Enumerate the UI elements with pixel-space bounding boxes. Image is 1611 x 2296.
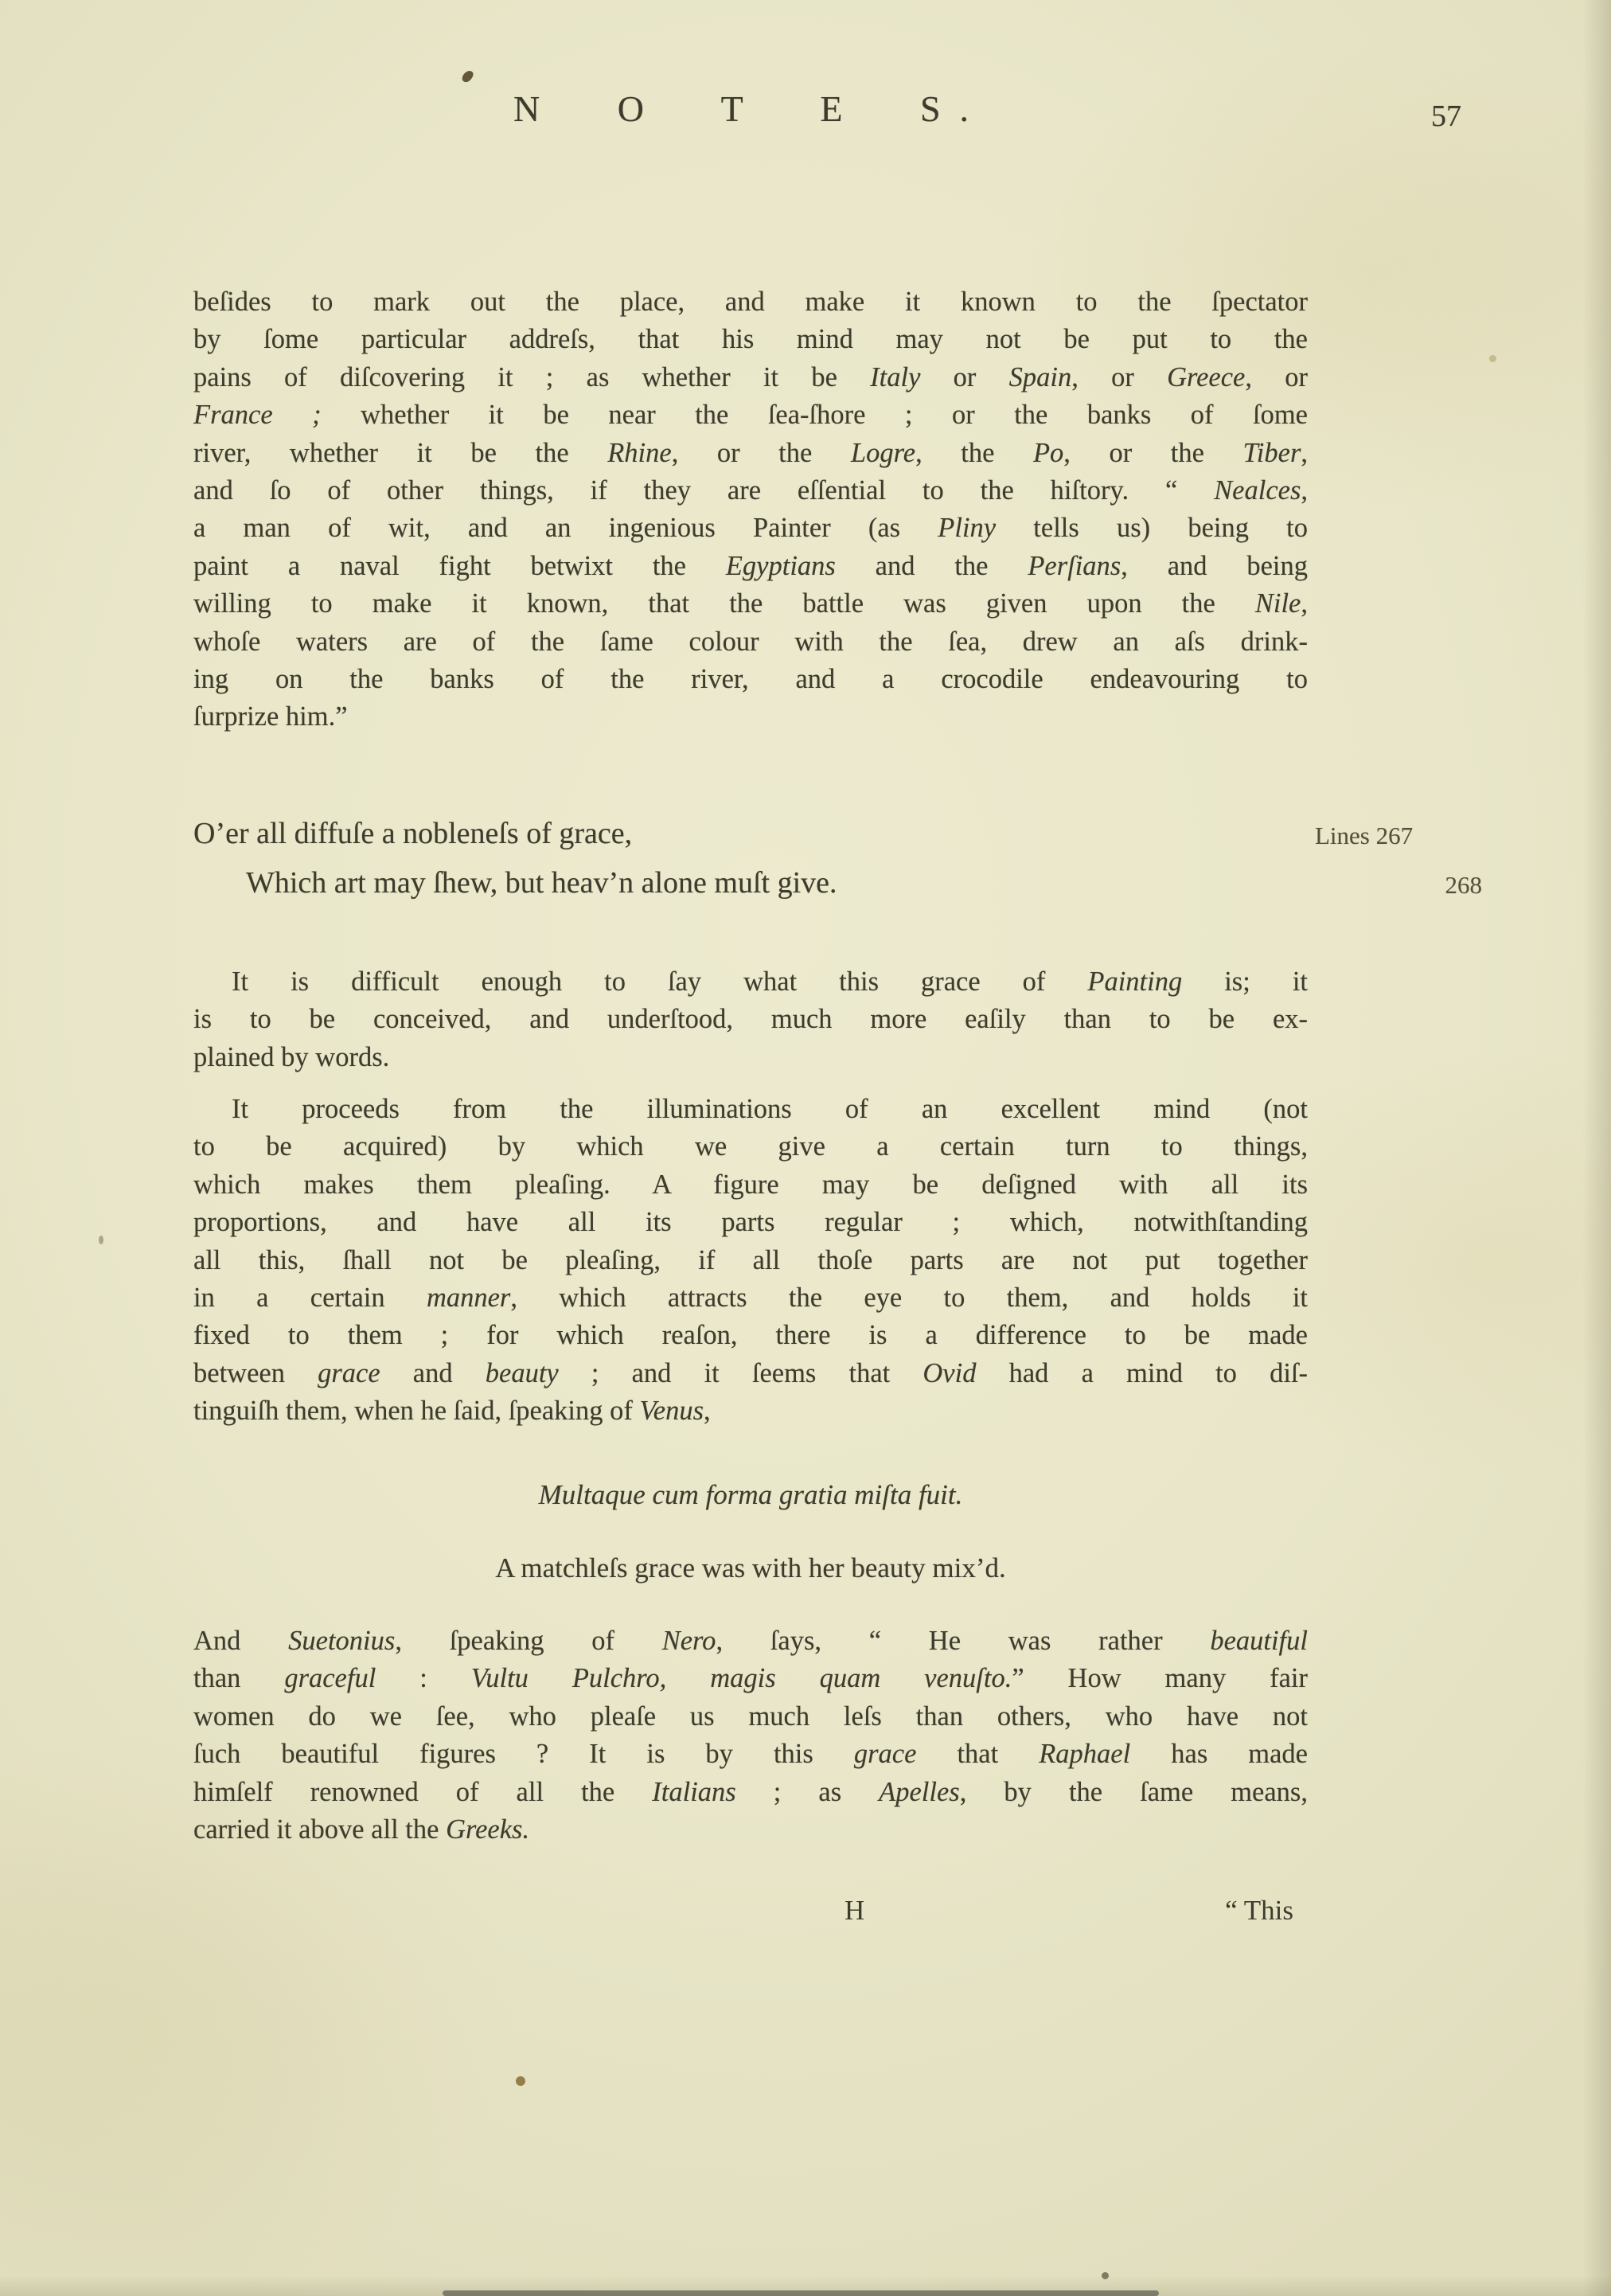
text-line: tinguiſh them, when he ſaid, ſpeaking of… — [193, 1392, 1308, 1430]
text-line: himſelf renowned of all the Italians ; a… — [193, 1774, 1308, 1811]
body-paragraph: It is difficult enough to ſay what this … — [193, 963, 1308, 1076]
text-line: beſides to mark out the place, and make … — [193, 283, 1308, 321]
line-number-label: 268 — [1315, 871, 1487, 900]
text-line: between grace and beauty ; and it ſeems … — [193, 1355, 1308, 1392]
line-number-note: Lines 267 268 — [1315, 822, 1487, 900]
book-page: N O T E S. 57 beſides to mark out the pl… — [0, 0, 1611, 2296]
paper-speck — [516, 2076, 525, 2086]
text-line: ſuch beautiful figures ? It is by this g… — [193, 1736, 1308, 1773]
page-header-title: N O T E S. — [193, 88, 1308, 130]
body-paragraph: It proceeds from the illuminations of an… — [193, 1091, 1308, 1431]
text-line: by ſome particular addreſs, that his min… — [193, 321, 1308, 358]
page-number: 57 — [1431, 99, 1461, 134]
text-line: paint a naval fight betwixt the Egyptian… — [193, 548, 1308, 585]
paper-speck — [460, 68, 474, 84]
text-line: proportions, and have all its parts regu… — [193, 1204, 1308, 1241]
text-line: river, whether it be the Rhine, or the L… — [193, 435, 1308, 472]
text-line: is to be conceived, and underſtood, much… — [193, 1001, 1308, 1038]
text-line: all this, ſhall not be pleaſing, if all … — [193, 1242, 1308, 1279]
text-line: It is difficult enough to ſay what this … — [193, 963, 1308, 1001]
text-line: than graceful : Vultu Pulchro, magis qua… — [193, 1660, 1308, 1697]
line-number-label: Lines 267 — [1315, 822, 1487, 850]
text-line: France ; whether it be near the ſea-ſhor… — [193, 396, 1308, 434]
text-line: pains of diſcovering it ; as whether it … — [193, 359, 1308, 396]
page-edge-shade — [1582, 0, 1611, 2296]
text-line: It proceeds from the illuminations of an… — [193, 1091, 1308, 1128]
paper-speck — [99, 1236, 103, 1244]
text-line: and ſo of other things, if they are eſſe… — [193, 472, 1308, 510]
verse-line: Which art may ſhew, but heav’n alone muſ… — [193, 858, 1308, 908]
verse-line: O’er all diffuſe a nobleneſs of grace, — [193, 809, 1308, 858]
text-line: fixed to them ; for which reaſon, there … — [193, 1317, 1308, 1354]
text-line: which makes them pleaſing. A figure may … — [193, 1166, 1308, 1204]
scan-edge-strip — [443, 2290, 1159, 2296]
text-line: a man of wit, and an ingenious Painter (… — [193, 510, 1308, 547]
text-line: to be acquired) by which we give a certa… — [193, 1128, 1308, 1166]
text-line: whoſe waters are of the ſame colour with… — [193, 623, 1308, 661]
translation-line: A matchleſs grace was with her beauty mi… — [193, 1552, 1308, 1584]
text-line: plained by words. — [193, 1039, 1308, 1076]
text-line: women do we ſee, who pleaſe us much leſs… — [193, 1698, 1308, 1736]
verse-quote: O’er all diffuſe a nobleneſs of grace, W… — [193, 809, 1308, 908]
page-footer: H “ This — [193, 1895, 1308, 1943]
catchword: “ This — [1225, 1895, 1293, 1927]
text-line: ing on the banks of the river, and a cro… — [193, 661, 1308, 698]
signature-mark: H — [845, 1895, 864, 1927]
text-line: in a certain manner, which attracts the … — [193, 1279, 1308, 1317]
latin-quote: Multaque cum forma gratia miſta fuit. — [193, 1479, 1308, 1511]
text-line: willing to make it known, that the battl… — [193, 585, 1308, 623]
paper-speck — [1489, 355, 1496, 362]
text-line: ſurprize him.” — [193, 698, 1308, 736]
text-line: carried it above all the Greeks. — [193, 1811, 1308, 1849]
text-line: And Suetonius, ſpeaking of Nero, ſays, “… — [193, 1622, 1308, 1660]
body-paragraph: And Suetonius, ſpeaking of Nero, ſays, “… — [193, 1622, 1308, 1849]
body-paragraph: beſides to mark out the place, and make … — [193, 283, 1308, 736]
